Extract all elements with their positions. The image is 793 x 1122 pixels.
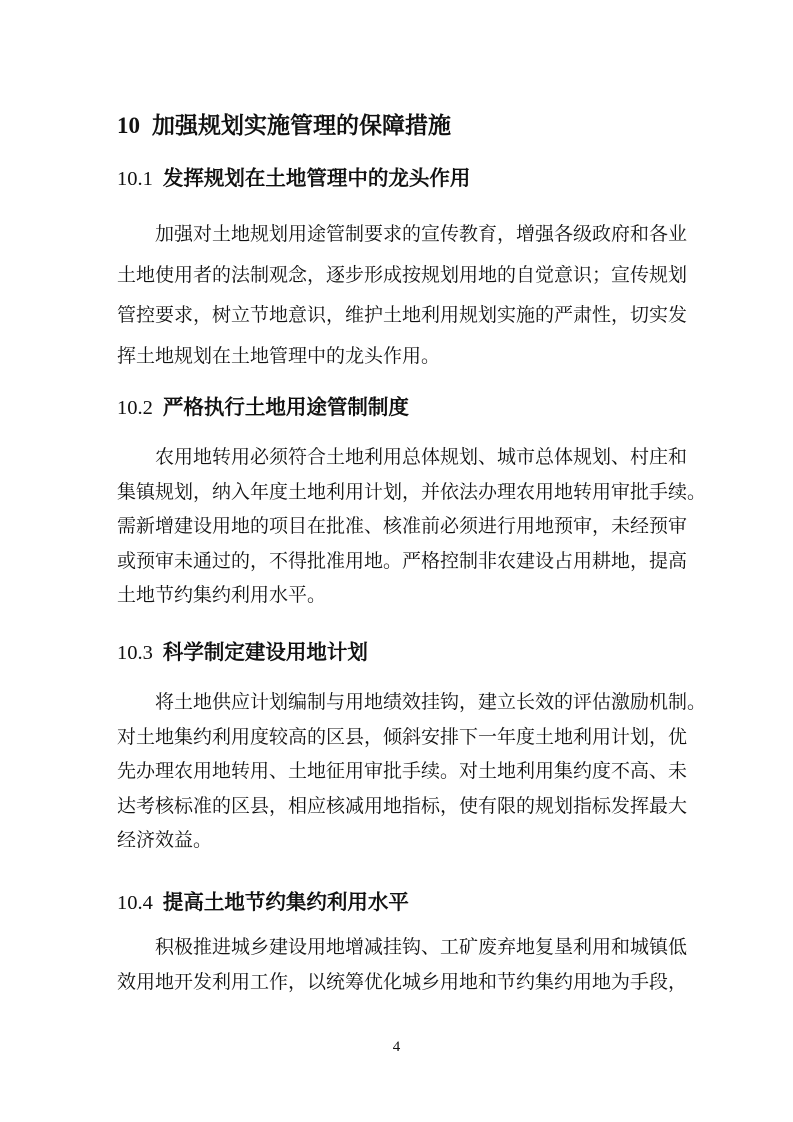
paragraph-line: 土地节约集约利用水平。 [117, 579, 684, 614]
paragraph-line: 先办理农用地转用、土地征用审批手续。对土地利用集约度不高、未 [117, 755, 684, 790]
section-number: 10.1 [117, 168, 153, 190]
section-heading-10-1: 10.1发挥规划在土地管理中的龙头作用 [117, 166, 684, 192]
paragraph-line: 将土地供应计划编制与用地绩效挂钩，建立长效的评估激励机制。 [117, 686, 684, 721]
chapter-title: 加强规划实施管理的保障措施 [152, 113, 451, 138]
paragraph-10-1: 加强对土地规划用途管制要求的宣传教育，增强各级政府和各业 土地使用者的法制观念，… [117, 215, 684, 378]
chapter-number: 10 [117, 113, 140, 138]
section-title: 发挥规划在土地管理中的龙头作用 [163, 168, 471, 190]
section-title: 科学制定建设用地计划 [163, 642, 368, 664]
paragraph-10-4: 积极推进城乡建设用地增减挂钩、工矿废弃地复垦利用和城镇低 效用地开发利用工作，以… [117, 931, 684, 1000]
paragraph-line: 积极推进城乡建设用地增减挂钩、工矿废弃地复垦利用和城镇低 [117, 931, 684, 966]
paragraph-line: 或预审未通过的，不得批准用地。严格控制非农建设占用耕地，提高 [117, 545, 684, 580]
paragraph-line: 农用地转用必须符合土地利用总体规划、城市总体规划、村庄和 [117, 441, 684, 476]
paragraph-line: 达考核标准的区县，相应核减用地指标，使有限的规划指标发挥最大 [117, 790, 684, 825]
chapter-heading: 10加强规划实施管理的保障措施 [117, 112, 684, 140]
paragraph-line: 需新增建设用地的项目在批准、核准前必须进行用地预审，未经预审 [117, 510, 684, 545]
section-heading-10-3: 10.3科学制定建设用地计划 [117, 640, 684, 666]
section-heading-10-2: 10.2严格执行土地用途管制制度 [117, 395, 684, 421]
paragraph-line: 效用地开发利用工作，以统筹优化城乡用地和节约集约用地为手段， [117, 966, 684, 1001]
paragraph-line: 加强对土地规划用途管制要求的宣传教育，增强各级政府和各业 [117, 215, 684, 256]
paragraph-line: 集镇规划，纳入年度土地利用计划，并依法办理农用地转用审批手续。 [117, 476, 684, 511]
page-number: 4 [0, 1038, 793, 1056]
paragraph-line: 对土地集约利用度较高的区县，倾斜安排下一年度土地利用计划，优 [117, 721, 684, 756]
paragraph-10-2: 农用地转用必须符合土地利用总体规划、城市总体规划、村庄和 集镇规划，纳入年度土地… [117, 441, 684, 614]
section-title: 严格执行土地用途管制制度 [163, 397, 409, 419]
section-number: 10.4 [117, 892, 153, 914]
section-title: 提高土地节约集约利用水平 [163, 892, 409, 914]
section-number: 10.2 [117, 397, 153, 419]
paragraph-line: 管控要求，树立节地意识，维护土地利用规划实施的严肃性，切实发 [117, 296, 684, 337]
section-heading-10-4: 10.4提高土地节约集约利用水平 [117, 890, 684, 916]
paragraph-10-3: 将土地供应计划编制与用地绩效挂钩，建立长效的评估激励机制。 对土地集约利用度较高… [117, 686, 684, 859]
section-number: 10.3 [117, 642, 153, 664]
paragraph-line: 经济效益。 [117, 824, 684, 859]
document-page: 10加强规划实施管理的保障措施 10.1发挥规划在土地管理中的龙头作用 加强对土… [0, 0, 793, 1122]
paragraph-line: 土地使用者的法制观念，逐步形成按规划用地的自觉意识；宣传规划 [117, 256, 684, 297]
paragraph-line: 挥土地规划在土地管理中的龙头作用。 [117, 337, 684, 378]
